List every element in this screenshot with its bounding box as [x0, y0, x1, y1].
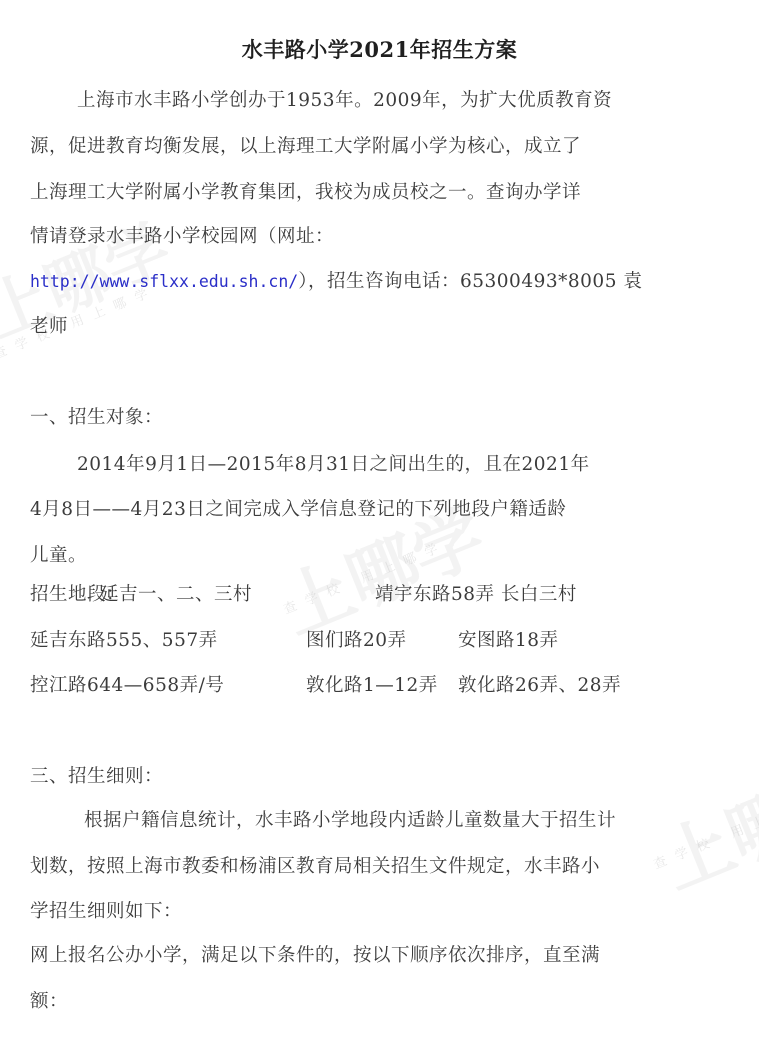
watermark-logo-right: 上哪学 — [645, 736, 759, 908]
area-item: 敦化路1—12弄 — [306, 671, 438, 697]
section3-line-5: 额： — [30, 987, 68, 1013]
document-title: 水丰路小学2021年招生方案 — [0, 34, 759, 64]
section3-line-2: 划数，按照上海市教委和杨浦区教育局相关招生文件规定，水丰路小 — [30, 852, 600, 878]
watermark-tagline-right: 查学校 用上哪学 — [650, 789, 759, 872]
intro-line-5: http://www.sflxx.edu.sh.cn/），招生咨询电话：6530… — [30, 267, 642, 293]
section3-line-3: 学招生细则如下： — [30, 897, 182, 923]
section3-heading: 三、招生细则： — [30, 762, 163, 788]
area-item: 图们路20弄 — [306, 626, 407, 652]
section1-line-2: 4月8日——4月23日之间完成入学信息登记的下列地段户籍适龄 — [30, 495, 566, 521]
intro-line-1: 上海市水丰路小学创办于1953年。2009年，为扩大优质教育资 — [77, 86, 612, 112]
area-item: 敦化路26弄、28弄 — [458, 671, 621, 697]
area-item: 延吉一、二、三村 — [100, 580, 252, 606]
document-page: 上哪学 查学校 用上哪学 上哪学 查学校 用上哪学 上哪学 查学校 用上哪学 水… — [0, 0, 759, 1053]
area-item: 安图路18弄 — [458, 626, 559, 652]
area-item: 控江路644—658弄/号 — [30, 671, 224, 697]
section3-line-1: 根据户籍信息统计，水丰路小学地段内适龄儿童数量大于招生计 — [84, 806, 616, 832]
intro-line-6: 老师 — [30, 312, 68, 338]
section1-line-1: 2014年9月1日—2015年8月31日之间出生的，且在2021年 — [77, 450, 590, 476]
intro-line-2: 源，促进教育均衡发展，以上海理工大学附属小学为核心，成立了 — [30, 132, 581, 158]
contact-phone-text: ），招生咨询电话：65300493*8005 袁 — [298, 271, 642, 292]
section1-heading: 一、招生对象： — [30, 403, 163, 429]
school-website-link[interactable]: http://www.sflxx.edu.sh.cn/ — [30, 272, 298, 291]
section3-line-4: 网上报名公办小学，满足以下条件的，按以下顺序依次排序，直至满 — [30, 941, 600, 967]
area-item: 延吉东路555、557弄 — [30, 626, 218, 652]
section1-line-3: 儿童。 — [30, 541, 87, 567]
intro-line-3: 上海理工大学附属小学教育集团，我校为成员校之一。查询办学详 — [30, 178, 581, 204]
area-item: 靖宇东路58弄 长白三村 — [375, 580, 577, 606]
intro-line-4: 情请登录水丰路小学校园网（网址： — [30, 222, 334, 248]
